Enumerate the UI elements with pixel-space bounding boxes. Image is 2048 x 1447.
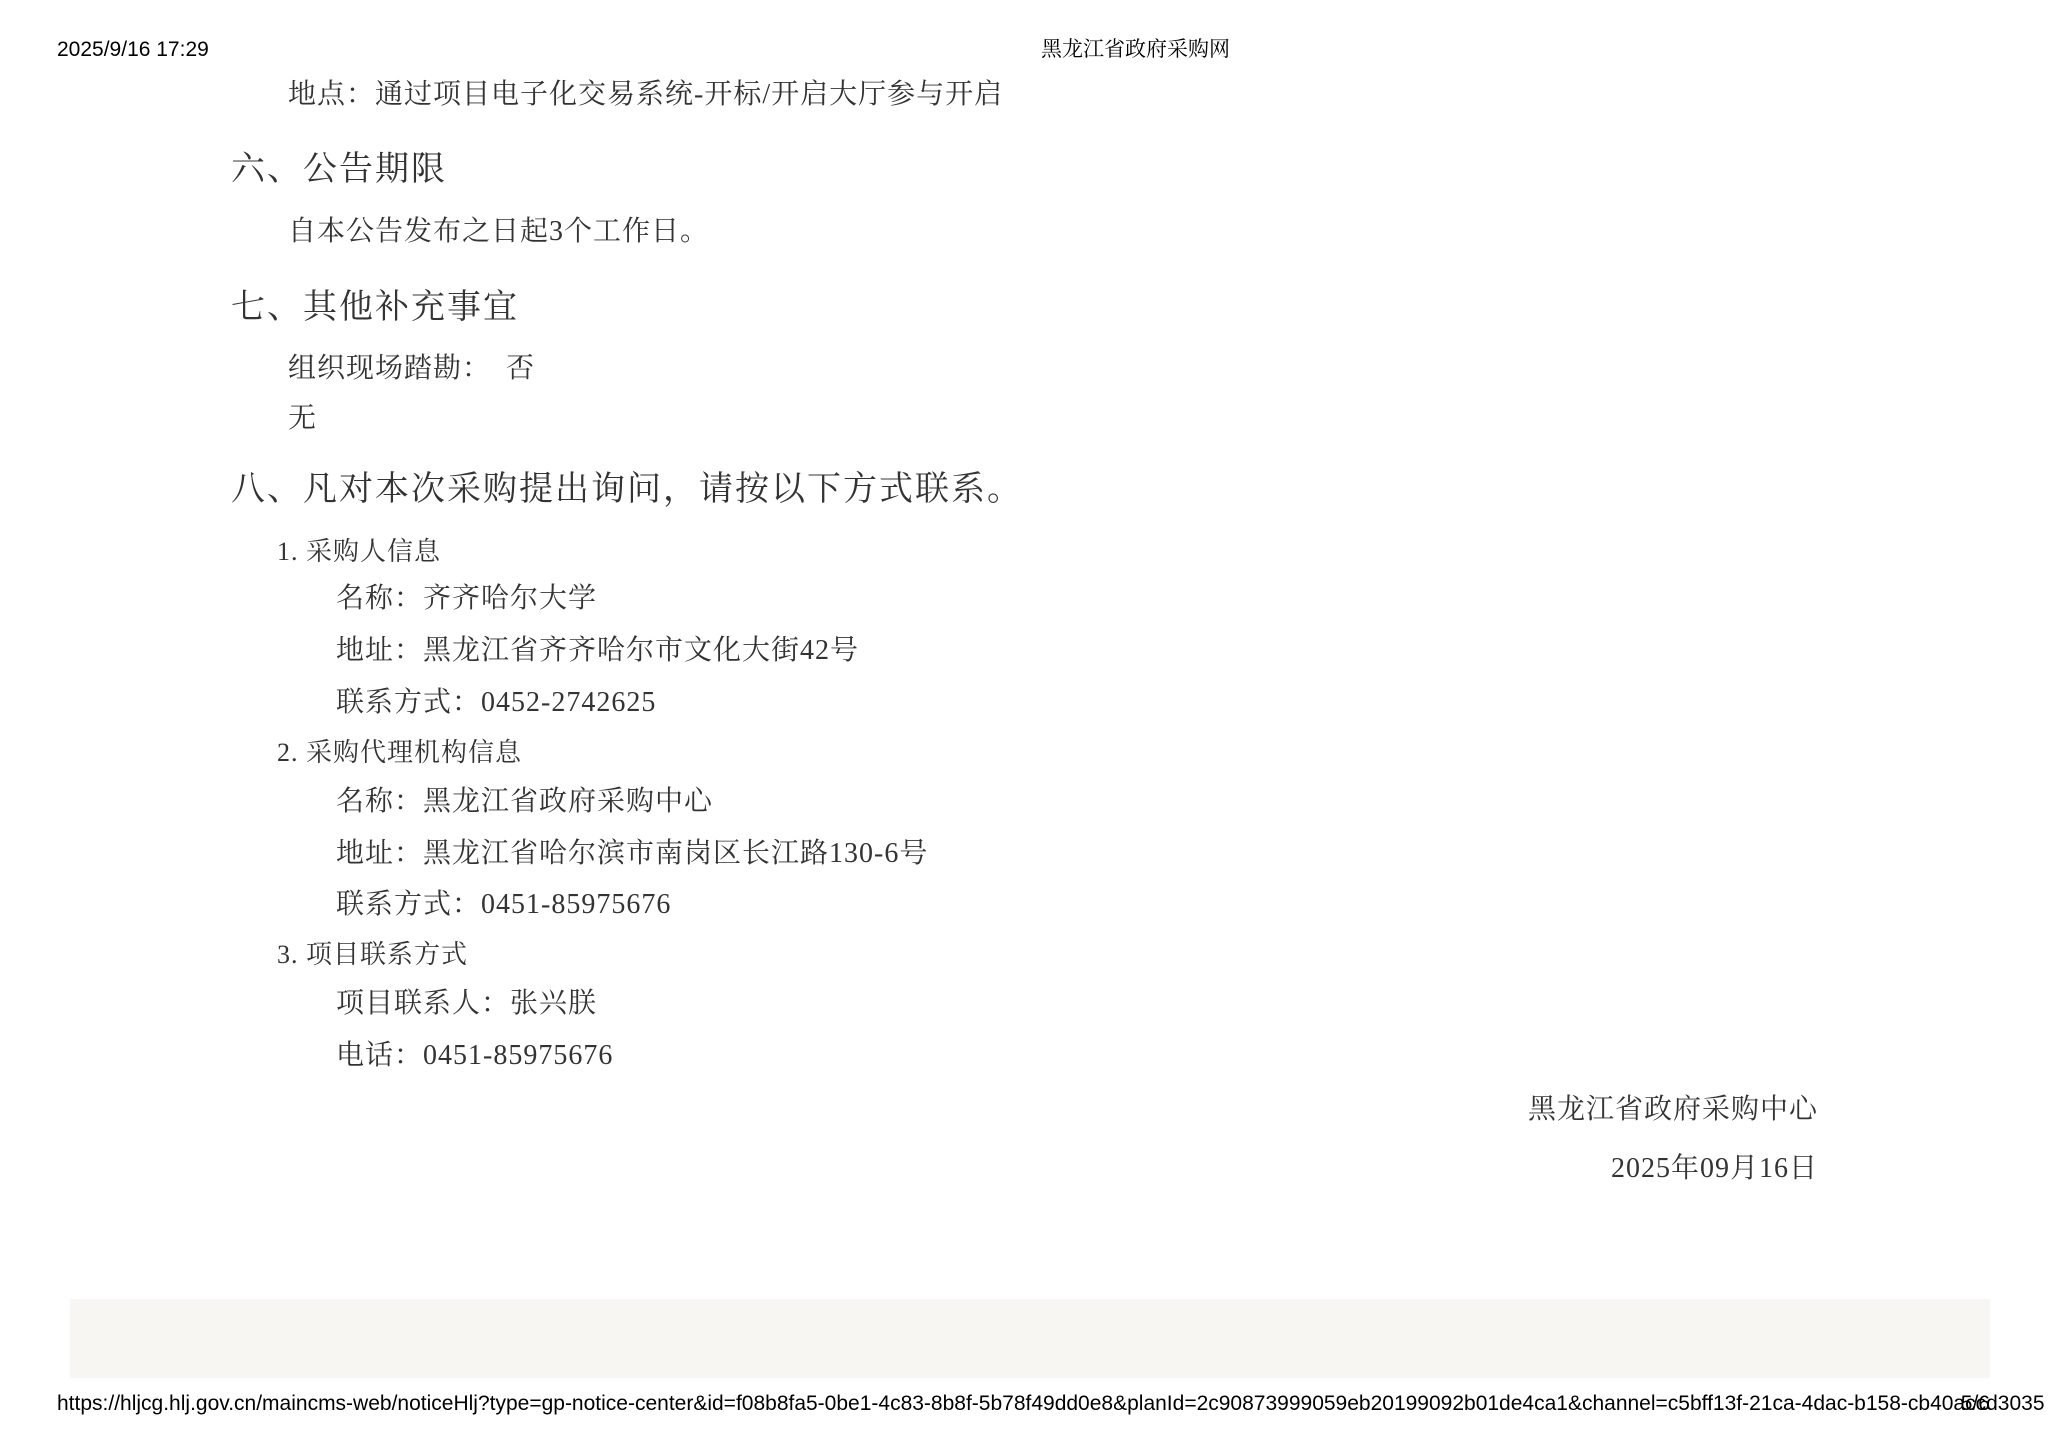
site-visit-line: 组织现场踏勘： 否	[288, 352, 535, 386]
section-6-heading: 六、公告期限	[231, 150, 447, 190]
bid-opening-location-line: 地点：通过项目电子化交易系统-开标/开启大厅参与开启	[288, 78, 1003, 112]
signature-date: 2025年09月16日	[1611, 1152, 1818, 1186]
page-bottom-gray-band	[70, 1299, 1990, 1378]
project-contact-phone: 电话：0451-85975676	[336, 1039, 613, 1073]
purchaser-name: 名称：齐齐哈尔大学	[336, 582, 597, 616]
purchaser-contact: 联系方式：0452-2742625	[336, 686, 656, 720]
supplement-note: 无	[288, 402, 317, 436]
project-contact-person: 项目联系人：张兴朕	[336, 987, 597, 1021]
agency-name: 名称：黑龙江省政府采购中心	[336, 785, 713, 819]
project-contact-label: 3. 项目联系方式	[277, 939, 468, 971]
agency-contact: 联系方式：0451-85975676	[336, 888, 671, 922]
print-footer-url: https://hljcg.hlj.gov.cn/maincms-web/not…	[57, 1392, 2045, 1416]
section-8-heading: 八、凡对本次采购提出询问，请按以下方式联系。	[231, 470, 1023, 510]
print-footer-page-indicator: 5/6	[1961, 1392, 1990, 1416]
purchaser-address: 地址：黑龙江省齐齐哈尔市文化大街42号	[336, 634, 859, 668]
section-7-heading: 七、其他补充事宜	[231, 288, 519, 328]
agency-address: 地址：黑龙江省哈尔滨市南岗区长江路130-6号	[336, 837, 928, 871]
signature-organization: 黑龙江省政府采购中心	[1528, 1093, 1818, 1127]
print-header-site-title: 黑龙江省政府采购网	[1041, 38, 1230, 62]
purchaser-info-label: 1. 采购人信息	[277, 536, 441, 568]
print-header-datetime: 2025/9/16 17:29	[57, 38, 209, 62]
print-preview-page: 2025/9/16 17:29 黑龙江省政府采购网 地点：通过项目电子化交易系统…	[0, 0, 2048, 1447]
announcement-period-text: 自本公告发布之日起3个工作日。	[288, 215, 709, 249]
agency-info-label: 2. 采购代理机构信息	[277, 737, 522, 769]
